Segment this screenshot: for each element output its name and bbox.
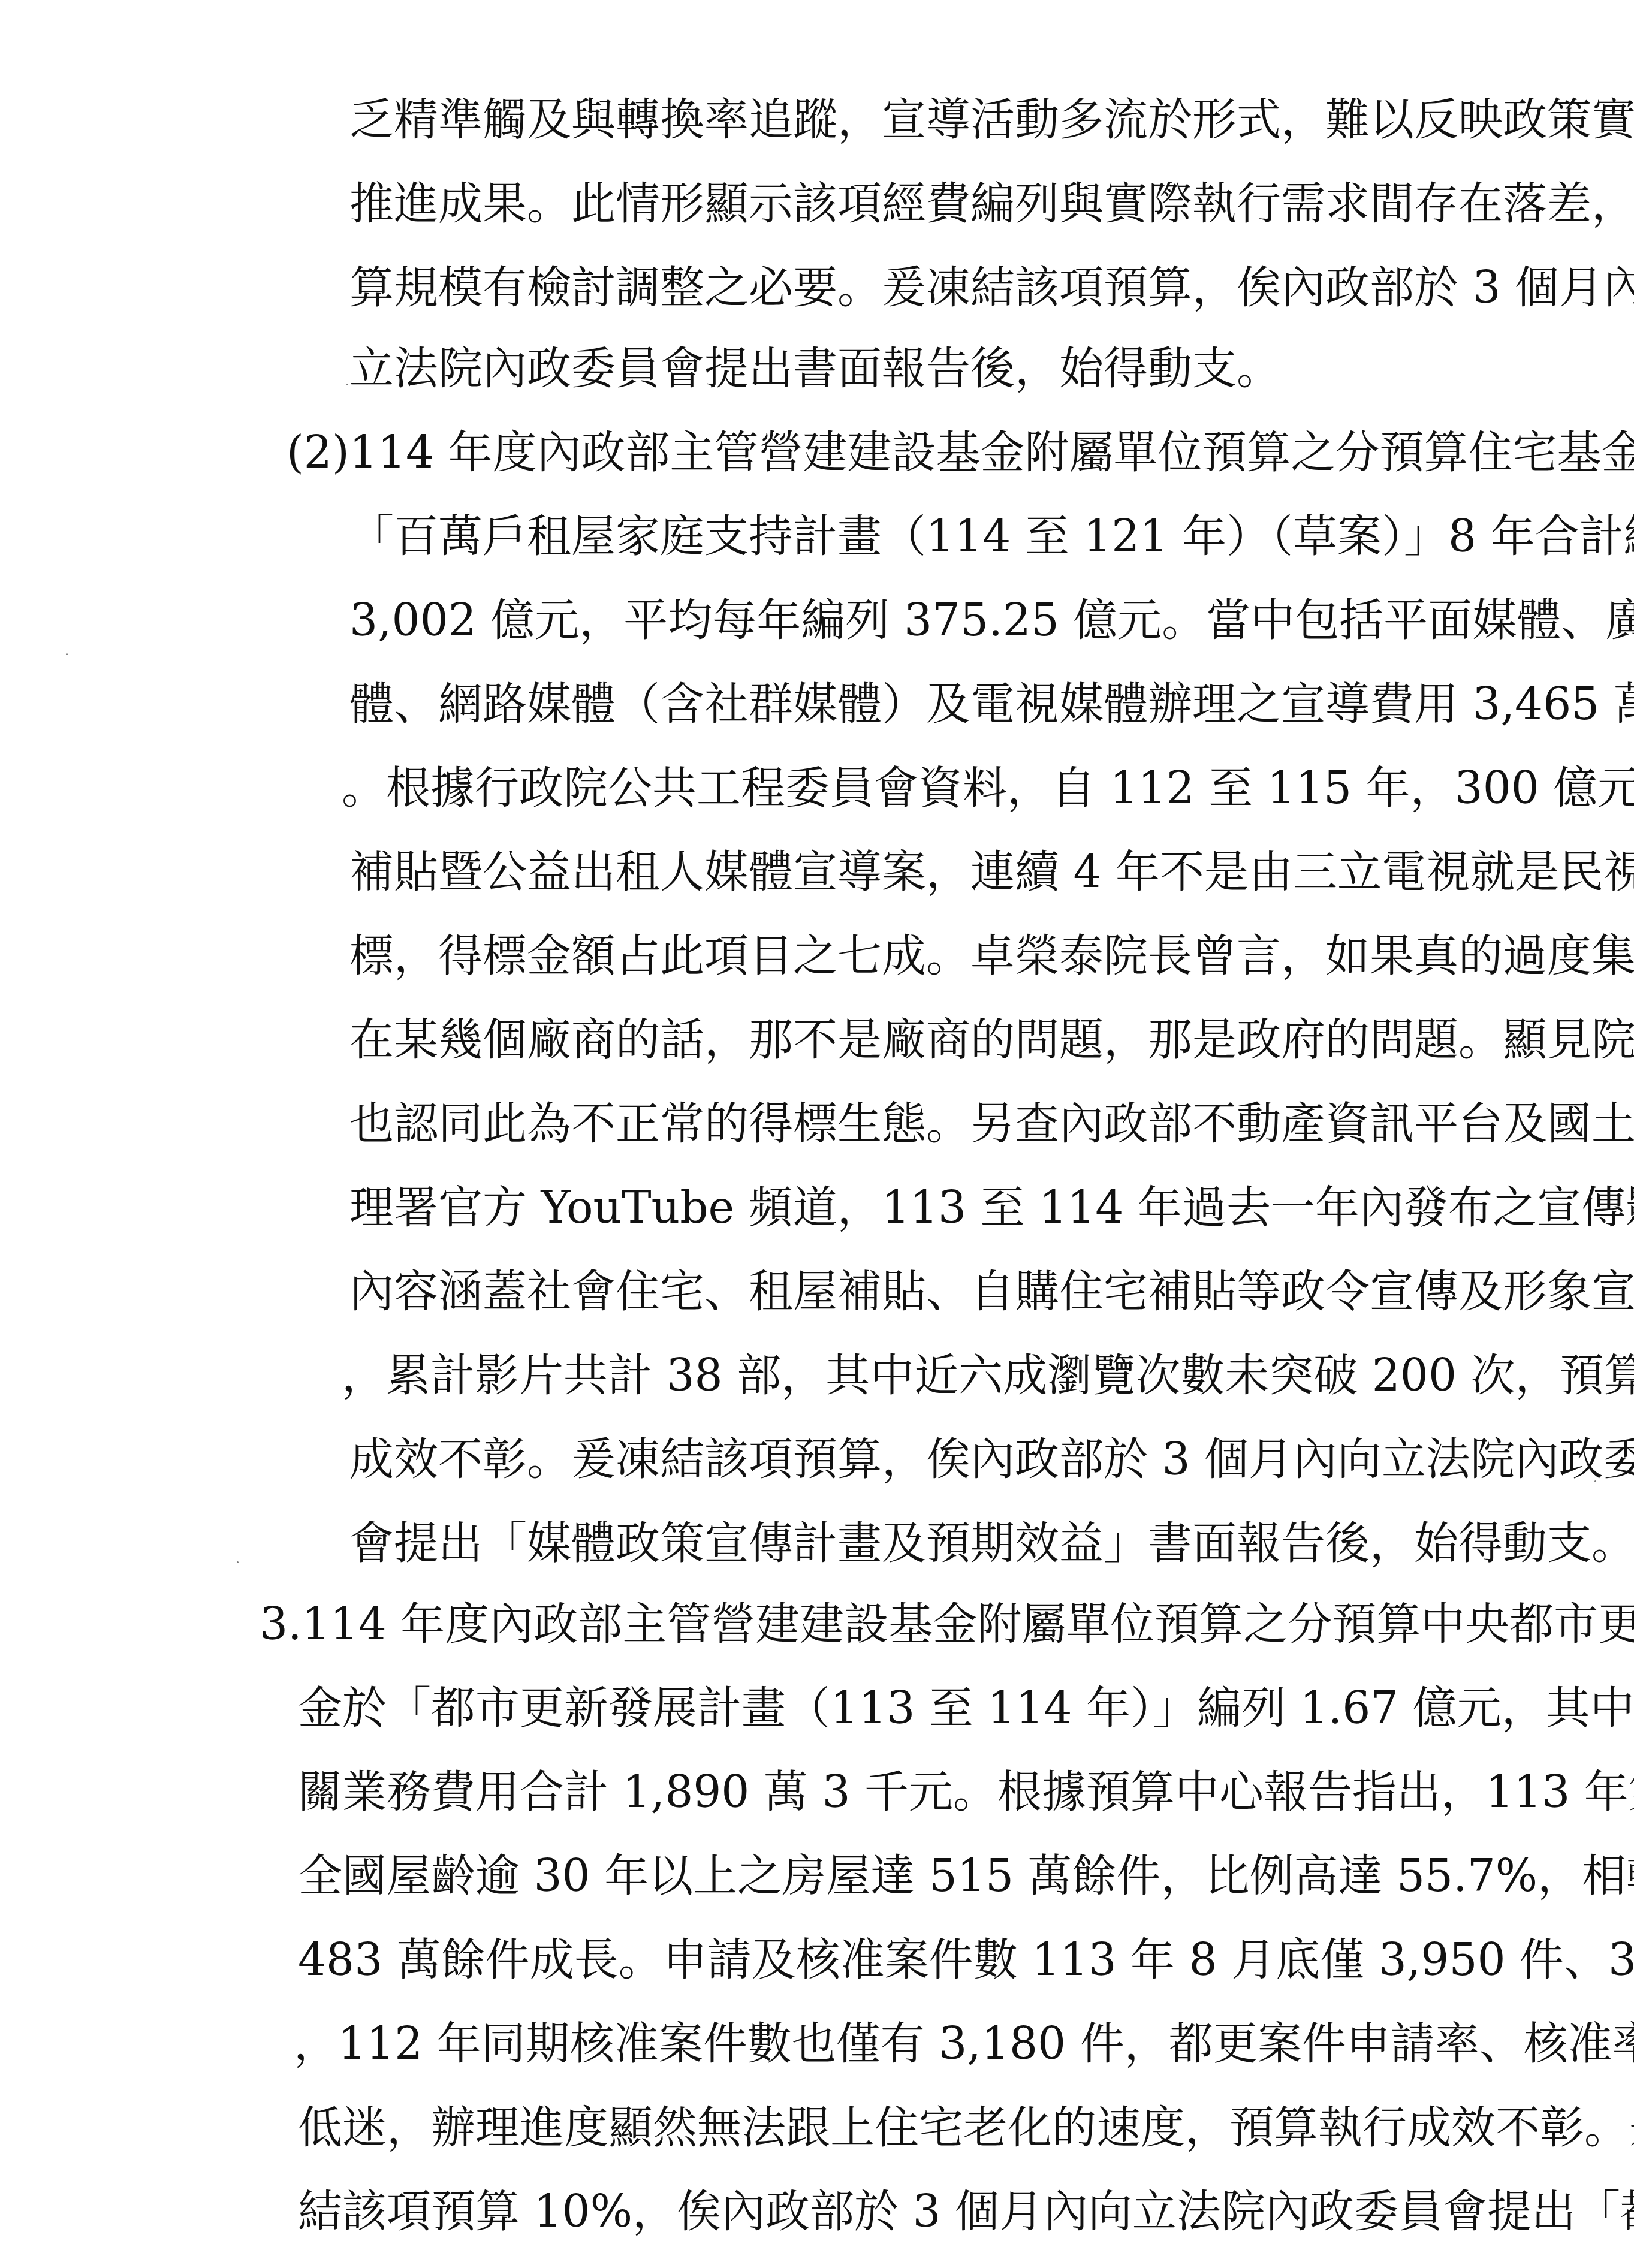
text-line: 成效不彰。爰凍結該項預算，俟內政部於 3 個月內向立法院內政委員 (349, 1429, 1554, 1489)
text-line: ，累計影片共計 38 部，其中近六成瀏覽次數未突破 200 次，預算執行 (342, 1346, 1554, 1406)
text-line: 關業務費用合計 1,890 萬 3 千元。根據預算中心報告指出，113 年第 2… (298, 1762, 1554, 1822)
text-line: 483 萬餘件成長。申請及核准案件數 113 年 8 月底僅 3,950 件、3… (298, 1930, 1554, 1990)
text-line: 內容涵蓋社會住宅、租屋補貼、自購住宅補貼等政令宣傳及形象宣導 (349, 1262, 1554, 1322)
text-line: 標，得標金額占此項目之七成。卓榮泰院長曾言，如果真的過度集中 (349, 926, 1554, 986)
scan-speck (1594, 1480, 1596, 1482)
text-line: 推進成果。此情形顯示該項經費編列與實際執行需求間存在落差，預 (349, 174, 1554, 234)
text-line: 在某幾個廠商的話，那不是廠商的問題，那是政府的問題。顯見院長 (349, 1010, 1554, 1070)
text-line: 體、網路媒體（含社群媒體）及電視媒體辦理之宣導費用 3,465 萬元 (349, 674, 1554, 734)
document-page: 乏精準觸及與轉換率追蹤，宣導活動多流於形式，難以反映政策實質 推進成果。此情形顯… (0, 0, 1634, 2268)
text-line: 。根據行政院公共工程委員會資料，自 112 至 115 年，300 億元租金 (342, 758, 1554, 818)
text-line: 全國屋齡逾 30 年以上之房屋達 515 萬餘件，比例高達 55.7%，相較 1… (298, 1846, 1554, 1906)
text-line: 「百萬戶租屋家庭支持計畫（114 至 121 年）（草案）」8 年合計編列 (349, 506, 1554, 566)
text-line: 立法院內政委員會提出書面報告後，始得動支。 (349, 339, 1554, 399)
scan-speck (66, 653, 68, 655)
scan-speck (346, 384, 348, 385)
text-line-with-marker: 3.114 年度內政部主管營建建設基金附屬單位預算之分預算中央都市更新基 (260, 1594, 1554, 1654)
text-line: 乏精準觸及與轉換率追蹤，宣導活動多流於形式，難以反映政策實質 (349, 90, 1554, 150)
text-line: 結該項預算 10%，俟內政部於 3 個月內向立法院內政委員會提出「都市更 (298, 2182, 1554, 2242)
text-line: ，112 年同期核准案件數也僅有 3,180 件，都更案件申請率、核准率持續 (294, 2014, 1554, 2074)
scan-speck (237, 1561, 239, 1563)
text-line: 也認同此為不正常的得標生態。另查內政部不動產資訊平台及國土管 (349, 1094, 1554, 1154)
text-line: 會提出「媒體政策宣傳計畫及預期效益」書面報告後，始得動支。 (349, 1513, 1554, 1573)
text-line: 理署官方 YouTube 頻道，113 至 114 年過去一年內發布之宣傳影片， (349, 1178, 1554, 1238)
text-line: 低迷，辦理進度顯然無法跟上住宅老化的速度，預算執行成效不彰。爰凍 (298, 2098, 1554, 2158)
text-line: 算規模有檢討調整之必要。爰凍結該項預算，俟內政部於 3 個月內向 (349, 258, 1554, 318)
text-line: 金於「都市更新發展計畫（113 至 114 年）」編列 1.67 億元，其中包括… (298, 1678, 1554, 1738)
text-line-with-marker: (2)114 年度內政部主管營建建設基金附屬單位預算之分預算住宅基金於 (287, 423, 1554, 482)
text-line: 3,002 億元，平均每年編列 375.25 億元。當中包括平面媒體、廣播媒 (349, 590, 1554, 650)
text-line: 補貼暨公益出租人媒體宣導案，連續 4 年不是由三立電視就是民視得 (349, 842, 1554, 902)
